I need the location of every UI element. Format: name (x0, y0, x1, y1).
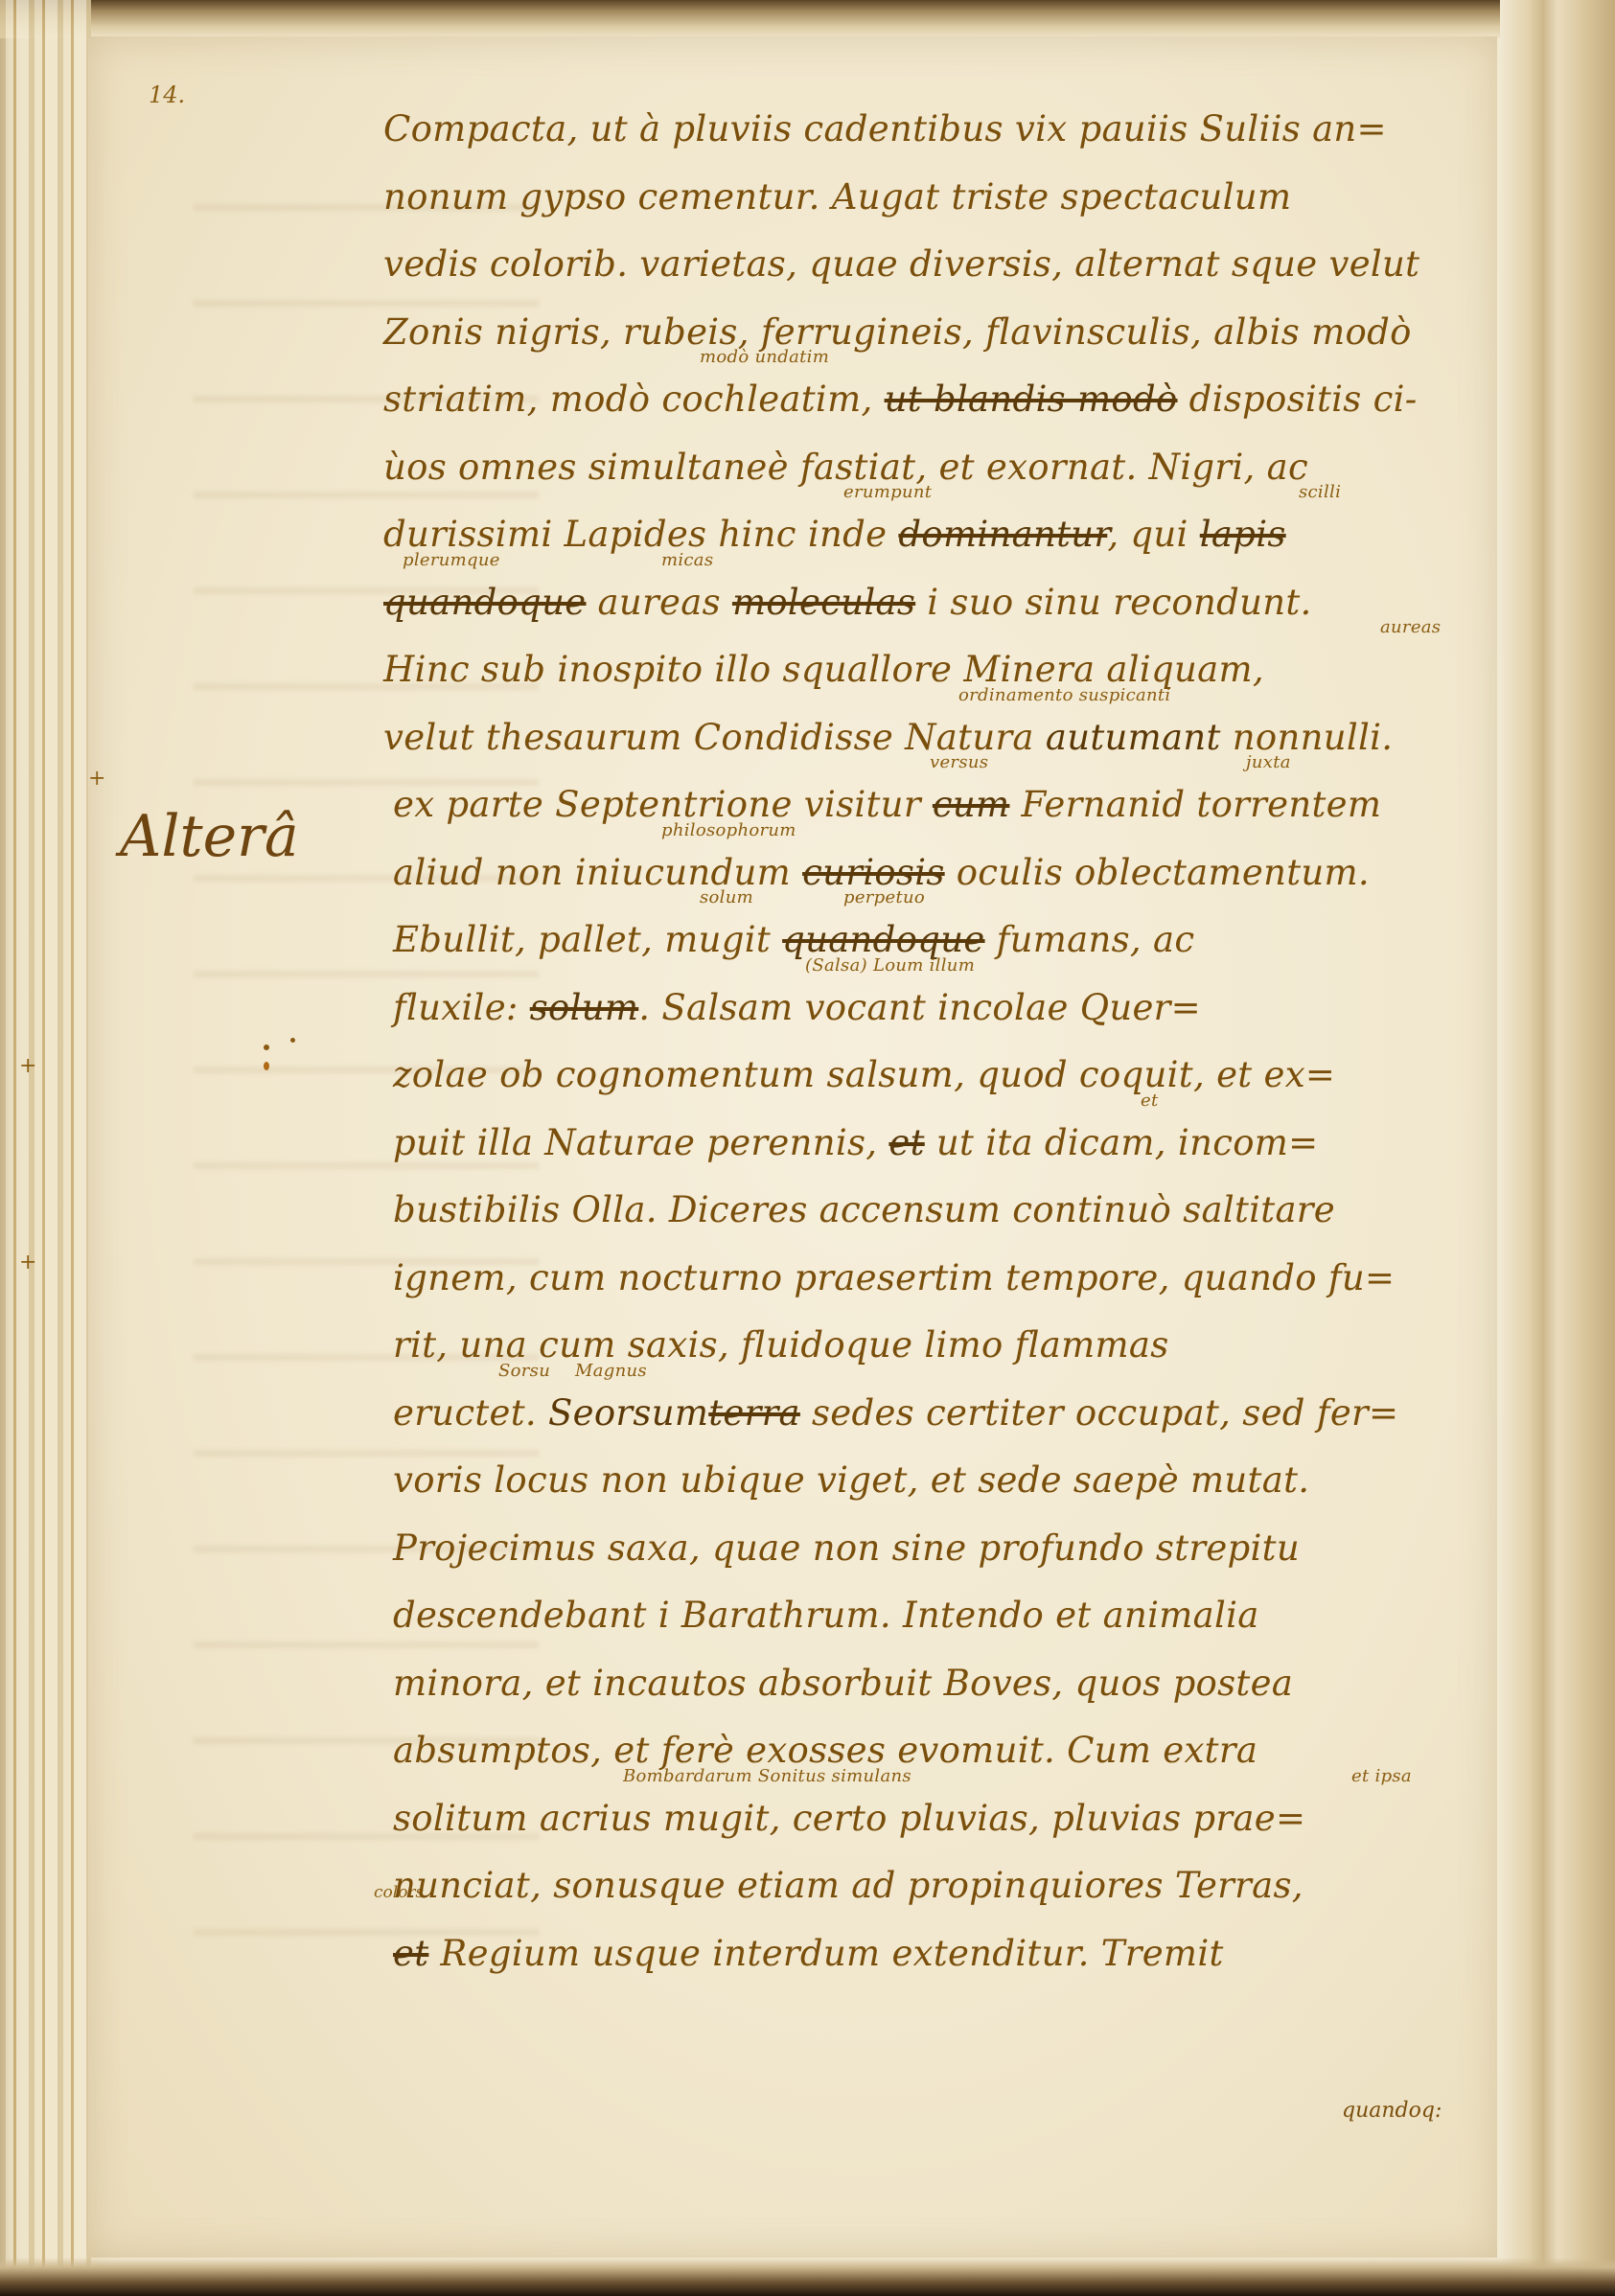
manuscript-line: ignem, cum nocturno praesertim tempore, … (393, 1245, 1495, 1313)
manuscript-line: voris locus non ubique viget, et sede sa… (393, 1447, 1495, 1515)
manuscript-line: rit, una cum saxis, fluidoque limo flamm… (393, 1312, 1495, 1380)
interlinear-insertion: (Salsa) Loum illum (805, 957, 975, 975)
struck-word: cum (933, 784, 1010, 825)
line-text: . Salsam vocant incolae Quer= (638, 987, 1201, 1028)
struck-word: lapis (1200, 514, 1286, 555)
struck-word: quandoque (782, 919, 984, 960)
manuscript-line: ex parte Septentrione visitur cum Fernan… (393, 771, 1495, 839)
line-text: voris locus non ubique viget, et sede sa… (393, 1459, 1309, 1501)
interlinear-insertion: erumpunt (843, 484, 932, 501)
line-text: ut ita dicam, incom= (925, 1122, 1319, 1163)
manuscript-line: Projecimus saxa, quae non sine profundo … (393, 1515, 1495, 1583)
line-text: solitum acrius mugit, certo pluvias, plu… (393, 1798, 1305, 1839)
struck-word: quandoque (383, 582, 586, 623)
interlinear-insertion: modò undatim (700, 349, 829, 366)
ink-spot (290, 1038, 295, 1043)
line-text (800, 1392, 812, 1434)
line-text: Regium usque interdum extenditur. Tremit (428, 1933, 1223, 1974)
struck-word: et (888, 1122, 924, 1163)
struck-word: ut blandis modò (885, 379, 1178, 420)
manuscript-line: nonum gypso cementur. Augat triste spect… (383, 164, 1495, 232)
manuscript-line: durissimi Lapides hinc inde dominantur, … (383, 501, 1495, 569)
manuscript-line: eructet. Seorsumterra sedes certiter occ… (393, 1380, 1495, 1448)
line-text: aureas (586, 582, 731, 623)
left-page-edges (0, 0, 91, 2296)
margin-initial-alterum: Alterâ (120, 803, 299, 870)
manuscript-text-block: Compacta, ut à pluviis cadentibus vix pa… (412, 96, 1495, 1987)
interlinear-insertion: juxta (1246, 754, 1291, 771)
interlinear-insertion: perpetuo (843, 889, 925, 907)
line-text: minora, et incautos absorbuit Boves, quo… (393, 1663, 1293, 1704)
emphasized-word: Seorsum (548, 1392, 708, 1434)
manuscript-line: minora, et incautos absorbuit Boves, quo… (393, 1650, 1495, 1718)
ink-spot (264, 1062, 269, 1070)
line-text: sedes certiter occupat, sed fer= (812, 1392, 1398, 1434)
struck-word: moleculas (732, 582, 915, 623)
line-text: descendebant i Barathrum. Intendo et ani… (393, 1595, 1259, 1636)
line-text: eructet. (393, 1392, 548, 1434)
manuscript-line: bustibilis Olla. Diceres accensum contin… (393, 1177, 1495, 1245)
line-text: puit illa Naturae perennis, (393, 1122, 888, 1163)
interlinear-insertion: Sorsu (498, 1363, 550, 1380)
folio-number: 14. (149, 81, 185, 108)
line-text: , qui (1107, 514, 1199, 555)
manuscript-line: solitum acrius mugit, certo pluvias, plu… (393, 1785, 1495, 1853)
manuscript-line: aliud non iniucundum curiosis oculis obl… (393, 839, 1495, 907)
margin-cross-mark: + (19, 1054, 36, 1078)
manuscript-line: nunciat, sonusque etiam ad propinquiores… (393, 1852, 1495, 1920)
line-text: Hinc sub inospito illo squallore Minera … (383, 649, 1264, 690)
interlinear-insertion: philosophorum (661, 822, 796, 839)
manuscript-line: et Regium usque interdum extenditur. Tre… (393, 1920, 1495, 1988)
line-text: Fernanid torrentem (1009, 784, 1381, 825)
struck-word: et (393, 1933, 428, 1974)
line-text: nunciat, sonusque etiam ad propinquiores… (393, 1865, 1304, 1906)
line-text: rit, una cum saxis, fluidoque limo flamm… (393, 1324, 1169, 1366)
manuscript-line: striatim, modò cochleatim, ut blandis mo… (383, 366, 1495, 434)
manuscript-line: vedis colorib. varietas, quae diversis, … (383, 231, 1495, 299)
manuscript-line: zolae ob cognomentum salsum, quod coquit… (393, 1042, 1495, 1110)
struck-word: terra (708, 1392, 800, 1434)
interlinear-insertion: plerumque (403, 552, 500, 569)
line-text: ignem, cum nocturno praesertim tempore, … (393, 1257, 1395, 1298)
manuscript-line: absumptos, et ferè exosses evomuit. Cum … (393, 1717, 1495, 1785)
manuscript-line: puit illa Naturae perennis, et ut ita di… (393, 1110, 1495, 1178)
line-text: i suo sinu recondunt. (915, 582, 1311, 623)
margin-cross-mark: + (88, 767, 105, 791)
line-text: durissimi Lapides hinc inde (383, 514, 898, 555)
line-text: oculis oblectamentum. (945, 852, 1370, 893)
line-text: absumptos, et ferè exosses evomuit. Cum … (393, 1730, 1257, 1771)
interlinear-insertion: solum (700, 889, 753, 907)
catchword: quandoq: (1342, 2099, 1442, 2123)
interlinear-insertion: Magnus (575, 1363, 647, 1380)
line-text: ex parte Septentrione visitur (393, 784, 933, 825)
manuscript-line: Zonis nigris, rubeis, ferrugineis, flavi… (383, 299, 1495, 367)
line-text: Ebullit, pallet, mugit (393, 919, 782, 960)
right-page-edges (1500, 0, 1615, 2296)
line-text: Zonis nigris, rubeis, ferrugineis, flavi… (383, 311, 1412, 353)
interlinear-insertion: Bombardarum Sonitus simulans (623, 1768, 911, 1785)
margin-cross-mark: + (19, 1251, 36, 1274)
line-text: vedis colorib. varietas, quae diversis, … (383, 243, 1419, 285)
line-text: striatim, modò cochleatim, (383, 379, 885, 420)
line-text: Compacta, ut à pluviis cadentibus vix pa… (383, 108, 1387, 149)
struck-word: dominantur (898, 514, 1107, 555)
ink-spot (264, 1045, 269, 1050)
interlinear-insertion: scilli (1299, 484, 1341, 501)
line-text: fluxile: (393, 987, 530, 1028)
line-text: bustibilis Olla. Diceres accensum contin… (393, 1189, 1335, 1230)
interlinear-insertion: et (1141, 1092, 1159, 1110)
manuscript-line: descendebant i Barathrum. Intendo et ani… (393, 1582, 1495, 1650)
line-text: Projecimus saxa, quae non sine profundo … (393, 1527, 1300, 1569)
interlinear-insertion: aureas (1380, 619, 1441, 636)
interlinear-insertion: ordinamento suspicanti (958, 687, 1171, 704)
manuscript-line: Compacta, ut à pluviis cadentibus vix pa… (383, 96, 1495, 164)
line-text: fumans, ac (985, 919, 1195, 960)
interlinear-insertion: et ipsa (1351, 1768, 1412, 1785)
interlinear-insertion: micas (661, 552, 713, 569)
manuscript-line: Hinc sub inospito illo squallore Minera … (383, 636, 1495, 704)
struck-word: solum (530, 987, 639, 1028)
line-text: dispositis ci- (1178, 379, 1418, 420)
manuscript-line: fluxile: solum. Salsam vocant incolae Qu… (393, 975, 1495, 1043)
top-page-edge (0, 0, 1615, 38)
emphasized-word: autumant (1046, 717, 1221, 758)
manuscript-line: quandoque aureas moleculas i suo sinu re… (383, 569, 1495, 637)
line-text: nonum gypso cementur. Augat triste spect… (383, 176, 1291, 218)
line-text: zolae ob cognomentum salsum, quod coquit… (393, 1054, 1335, 1095)
interlinear-insertion: versus (930, 754, 988, 771)
bottom-page-edge (0, 2258, 1615, 2296)
